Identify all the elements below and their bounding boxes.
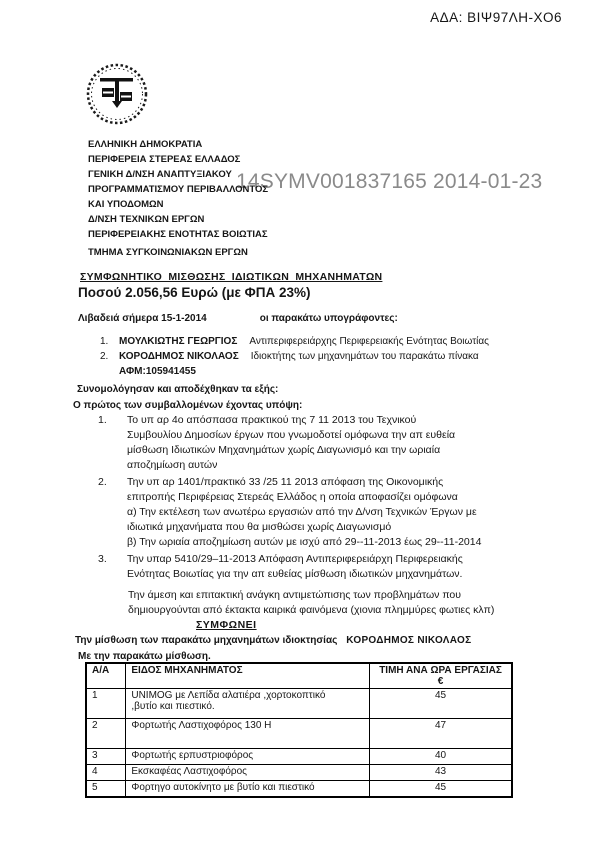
table-row: 5 Φορτηγο αυτοκίνητο με βυτίο και πιεστι… [86,781,512,798]
clause-text: Το υπ αρ 4ο απόσπασα πρακτικού της 7 11 … [127,413,455,473]
contract-amount: Ποσού 2.056,56 Ευρώ (με ΦΠΑ 23%) [78,285,311,300]
table-row: 1 UNIMOG με Λεπίδα αλατιέρα ,χορτοκοπτικ… [86,689,512,719]
document-title: ΣΥΜΦΩΝΗΤΙΚΟ ΜΙΣΘΩΣΗΣ ΙΔΙΩΤΙΚΩΝ ΜΗΧΑΝΗΜΑΤ… [80,271,382,283]
machine-description: UNIMOG με Λεπίδα αλατιέρα ,χορτοκοπτικό … [126,689,370,719]
agency-header: ΕΛΛΗΝΙΚΗ ΔΗΜΟΚΡΑΤΙΑ ΠΕΡΙΦΕΡΕΙΑ ΣΤΕΡΕΑΣ Ε… [88,137,268,260]
signatory-name: ΜΟΥΛΚΙΩΤΗΣ ΓΕΩΡΓΙΟΣ [119,334,237,349]
signatory-number: 1. [100,334,119,349]
col-header-index: Α/Α [86,663,126,689]
with-lease-line: Με την παρακάτω μίσθωση. [78,651,211,662]
closing-paragraph: Την άμεση και επιτακτική ανάγκη αντιμετώ… [128,588,548,618]
table-header-row: Α/Α ΕΙΔΟΣ ΜΗΧΑΝΗΜΑΤΟΣ ΤΙΜΗ ΑΝΑ ΩΡΑ ΕΡΓΑΣ… [86,663,512,689]
hourly-rate: 40 [370,749,512,765]
clause-number: 2. [98,475,127,550]
hourly-rate: 43 [370,765,512,781]
row-number: 3 [86,749,126,765]
signatory-row: 2. ΚΟΡΟΔΗΜΟΣ ΝΙΚΟΛΑΟΣ Ιδιοκτήτης των μηχ… [100,349,489,364]
ada-code: ΑΔΑ: ΒΙΨ97ΛΗ-ΧΟ6 [430,10,562,25]
signatories-list: 1. ΜΟΥΛΚΙΩΤΗΣ ΓΕΩΡΓΙΟΣ Αντιπεριφερειάρχη… [100,334,489,379]
greek-coat-of-arms-logo [85,61,149,127]
header-line: ΠΡΟΓΡΑΜΜΑΤΙΣΜΟΥ ΠΕΡΙΒΑΛΛΟΝΤΟΣ [88,182,268,197]
clause-number: 1. [98,413,127,473]
machine-description: Φορτωτής Λαστιχοφόρος 130 H [126,719,370,749]
clause-number: 3. [98,552,127,582]
date-line: Λιβαδειά σήμερα 15-1-2014 οι παρακάτω υπ… [78,313,398,324]
lease-text: Την μίσθωση των παρακάτω μηχανημάτων ιδι… [75,635,337,646]
signatory-number: 2. [100,349,119,364]
clause-text: Την υπαρ 5410/29–11-2013 Απόφαση Αντιπερ… [127,552,463,582]
signatory-afm: ΑΦΜ:105941455 [119,364,489,379]
machine-description: Εκσκαφέας Λαστιχοφόρος [126,765,370,781]
signatory-name: ΚΟΡΟΔΗΜΟΣ ΝΙΚΟΛΑΟΣ [119,349,239,364]
header-line: ΓΕΝΙΚΗ Δ/ΝΣΗ ΑΝΑΠΤΥΞΙΑΚΟΥ [88,167,268,182]
owner-name: ΚΟΡΟΔΗΜΟΣ ΝΙΚΟΛΑΟΣ [346,635,471,646]
preamble: Συνομολόγησαν και αποδέχθηκαν τα εξής: Ο… [73,382,302,414]
emblem-seal-icon [85,61,149,127]
signatories-intro: οι παρακάτω υπογράφοντες: [260,313,398,324]
agree-heading: ΣΥΜΦΩΝΕΙ [196,619,257,631]
lease-line: Την μίσθωση των παρακάτω μηχανημάτων ιδι… [75,635,471,646]
preamble-line: Συνομολόγησαν και αποδέχθηκαν τα εξής: [77,382,302,398]
table-row: 3 Φορτωτής ερπυστριοφόρος 40 [86,749,512,765]
table-row: 4 Εκσκαφέας Λαστιχοφόρος 43 [86,765,512,781]
row-number: 2 [86,719,126,749]
header-line: ΤΜΗΜΑ ΣΥΓΚΟΙΝΩΝΙΑΚΩΝ ΕΡΓΩΝ [88,245,268,260]
header-line: ΠΕΡΙΦΕΡΕΙΑΚΗΣ ΕΝΟΤΗΤΑΣ ΒΟΙΩΤΙΑΣ [88,227,268,242]
hourly-rate: 45 [370,781,512,798]
clauses-list: 1. Το υπ αρ 4ο απόσπασα πρακτικού της 7 … [98,413,538,582]
registry-watermark: 14SYMV001837165 2014-01-23 [236,170,542,194]
col-header-machine-type: ΕΙΔΟΣ ΜΗΧΑΝΗΜΑΤΟΣ [126,663,370,689]
clause: 1. Το υπ αρ 4ο απόσπασα πρακτικού της 7 … [98,413,538,473]
clause-text: Την υπ αρ 1401/πρακτικό 33 /25 11 2013 α… [127,475,481,550]
signatory-role: Ιδιοκτήτης των μηχανημάτων του παρακάτω … [251,349,479,364]
row-number: 1 [86,689,126,719]
row-number: 4 [86,765,126,781]
place-and-date: Λιβαδειά σήμερα 15-1-2014 [78,313,207,324]
document-page: ΑΔΑ: ΒΙΨ97ΛΗ-ΧΟ6 14SYMV001837165 2014-01… [0,0,595,842]
table-row: 2 Φορτωτής Λαστιχοφόρος 130 H 47 [86,719,512,749]
header-line: Δ/ΝΣΗ ΤΕΧΝΙΚΩΝ ΕΡΓΩΝ [88,212,268,227]
clause: 2. Την υπ αρ 1401/πρακτικό 33 /25 11 201… [98,475,538,550]
signatory-role: Αντιπεριφερειάρχης Περιφερειακής Ενότητα… [249,334,489,349]
machine-description: Φορτωτής ερπυστριοφόρος [126,749,370,765]
col-header-price: ΤΙΜΗ ΑΝΑ ΩΡΑ ΕΡΓΑΣΙΑΣ € [370,663,512,689]
clause: 3. Την υπαρ 5410/29–11-2013 Απόφαση Αντι… [98,552,538,582]
hourly-rate: 45 [370,689,512,719]
preamble-line: Ο πρώτος των συμβαλλομένων έχοντας υπόψη… [73,398,302,414]
row-number: 5 [86,781,126,798]
signatory-row: 1. ΜΟΥΛΚΙΩΤΗΣ ΓΕΩΡΓΙΟΣ Αντιπεριφερειάρχη… [100,334,489,349]
hourly-rate: 47 [370,719,512,749]
machinery-table: Α/Α ΕΙΔΟΣ ΜΗΧΑΝΗΜΑΤΟΣ ΤΙΜΗ ΑΝΑ ΩΡΑ ΕΡΓΑΣ… [85,662,513,798]
machine-description: Φορτηγο αυτοκίνητο με βυτίο και πιεστικό [126,781,370,798]
header-line: ΕΛΛΗΝΙΚΗ ΔΗΜΟΚΡΑΤΙΑ [88,137,268,152]
header-line: ΠΕΡΙΦΕΡΕΙΑ ΣΤΕΡΕΑΣ ΕΛΛΑΔΟΣ [88,152,268,167]
header-line: ΚΑΙ ΥΠΟΔΟΜΩΝ [88,197,268,212]
